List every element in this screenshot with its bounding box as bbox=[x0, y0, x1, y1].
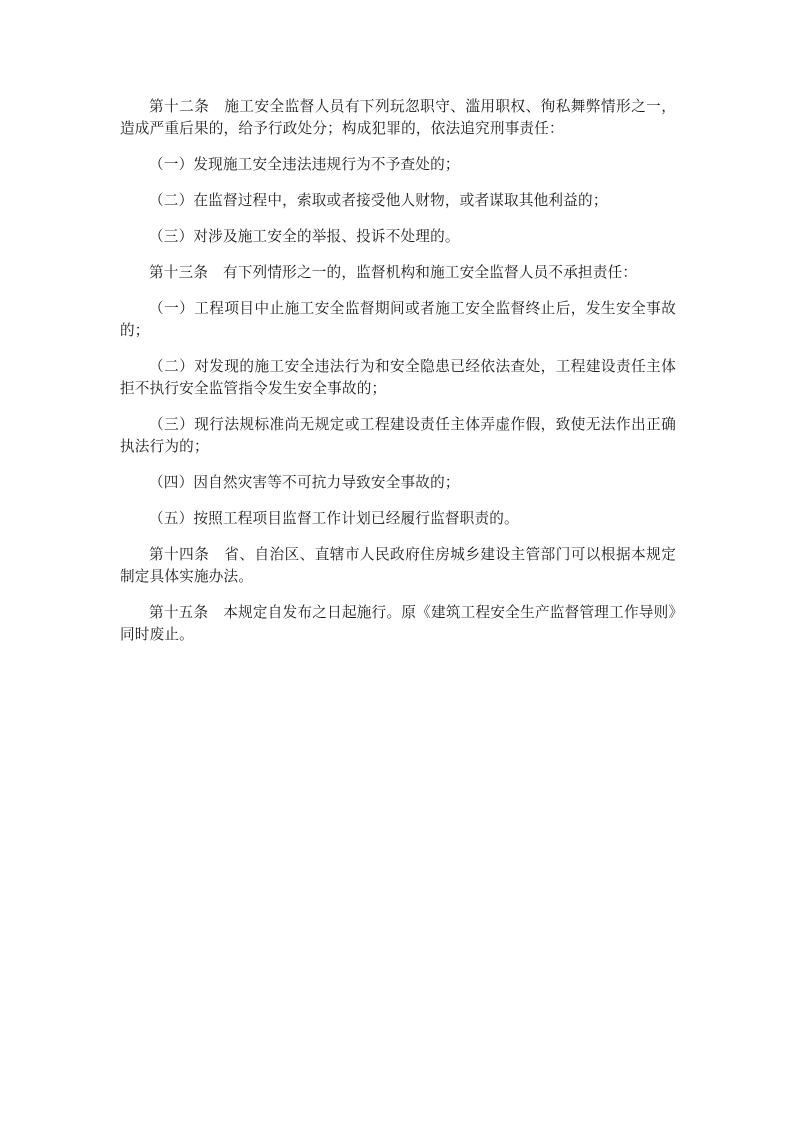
article-13: 第十三条 有下列情形之一的，监督机构和施工安全监督人员不承担责任： bbox=[120, 262, 676, 284]
article-13-item-3: （三）现行法规标准尚无规定或工程建设责任主体弄虚作假，致使无法作出正确执法行为的… bbox=[120, 414, 676, 458]
article-14: 第十四条 省、自治区、直辖市人民政府住房城乡建设主管部门可以根据本规定制定具体实… bbox=[120, 544, 676, 588]
article-12-item-2: （二）在监督过程中，索取或者接受他人财物，或者谋取其他利益的； bbox=[120, 190, 676, 212]
article-13-item-1: （一）工程项目中止施工安全监督期间或者施工安全监督终止后，发生安全事故的； bbox=[120, 298, 676, 342]
article-13-item-5: （五）按照工程项目监督工作计划已经履行监督职责的。 bbox=[120, 508, 676, 530]
article-13-item-4: （四）因自然灾害等不可抗力导致安全事故的； bbox=[120, 472, 676, 494]
article-12-item-3: （三）对涉及施工安全的举报、投诉不处理的。 bbox=[120, 226, 676, 248]
article-12: 第十二条 施工安全监督人员有下列玩忽职守、滥用职权、徇私舞弊情形之一，造成严重后… bbox=[120, 96, 676, 140]
article-13-item-2: （二）对发现的施工安全违法行为和安全隐患已经依法查处，工程建设责任主体拒不执行安… bbox=[120, 356, 676, 400]
document-page: 第十二条 施工安全监督人员有下列玩忽职守、滥用职权、徇私舞弊情形之一，造成严重后… bbox=[120, 96, 676, 660]
article-15: 第十五条 本规定自发布之日起施行。原《建筑工程安全生产监督管理工作导则》同时废止… bbox=[120, 602, 676, 646]
article-12-item-1: （一）发现施工安全违法违规行为不予查处的； bbox=[120, 154, 676, 176]
